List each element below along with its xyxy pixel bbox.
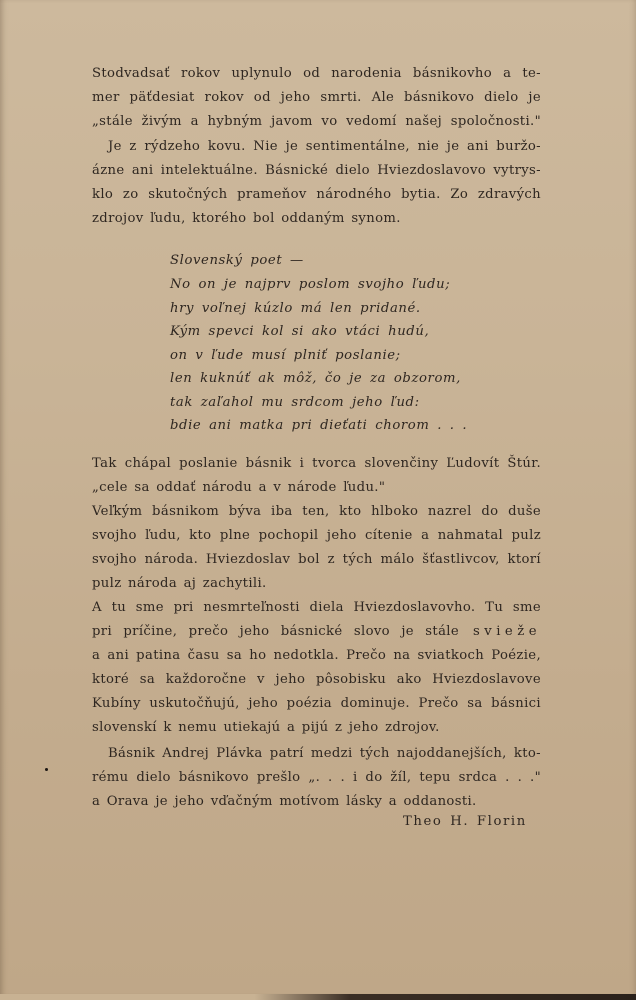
verse-line-5: on v ľude musí plniť poslanie; — [170, 346, 401, 366]
book-page: Stodvadsať rokov uplynulo od narodenia b… — [0, 0, 636, 996]
paragraph-5-line-1: A tu sme pri nesmrteľnosti diela Hviezdo… — [92, 598, 541, 618]
verse-line-4: Kým spevci kol si ako vtáci hudú, — [170, 322, 429, 342]
paragraph-2-line-1: Je z rýdzeho kovu. Nie je sentimentálne,… — [108, 137, 541, 157]
paragraph-1-line-1: Stodvadsať rokov uplynulo od narodenia b… — [92, 64, 541, 84]
paragraph-4-line-2: svojho ľudu, kto plne pochopil jeho cíte… — [92, 526, 541, 546]
paragraph-5-line-2-text: pri príčine, prečo jeho básnické slovo j… — [92, 622, 473, 642]
paragraph-5-line-5: Kubíny uskutočňujú, jeho poézia dominuje… — [92, 694, 541, 714]
paragraph-5-line-2: pri príčine, prečo jeho básnické slovo j… — [92, 622, 541, 642]
paragraph-2-line-4: zdrojov ľudu, ktorého bol oddaným synom. — [92, 209, 401, 229]
paragraph-5-line-4: ktoré sa každoročne v jeho pôsobisku ako… — [92, 670, 541, 690]
verse-line-2: No on je najprv poslom svojho ľudu; — [170, 275, 450, 295]
paragraph-5-line-6: slovenskí k nemu utiekajú a pijú z jeho … — [92, 718, 440, 738]
verse-line-7: tak zaľahol mu srdcom jeho ľud: — [170, 393, 420, 413]
paragraph-4-line-4: pulz národa aj zachytili. — [92, 574, 267, 594]
paragraph-2-line-2: ázne ani intelektuálne. Básnické dielo H… — [92, 161, 541, 181]
verse-line-6: len kuknúť ak môž, čo je za obzorom, — [170, 369, 461, 389]
paragraph-1-line-2: mer päťdesiat rokov od jeho smrti. Ale b… — [92, 88, 541, 108]
paragraph-6-line-2: rému dielo básnikovo prešlo „. . . i do … — [92, 768, 541, 788]
paragraph-1-line-3: „stále živým a hybným javom vo vedomí na… — [92, 112, 541, 132]
paragraph-3-line-1: Tak chápal poslanie básnik i tvorca slov… — [92, 454, 541, 474]
paragraph-4-line-3: svojho národa. Hviezdoslav bol z tých má… — [92, 550, 541, 570]
verse-line-8: bdie ani matka pri dieťati chorom . . . — [170, 416, 467, 436]
paragraph-5-line-3: a ani patina času sa ho nedotkla. Prečo … — [92, 646, 541, 666]
verse-line-3: hry voľnej kúzlo má len pridané. — [170, 299, 421, 319]
paragraph-6-line-3: a Orava je jeho vďačným motívom lásky a … — [92, 792, 477, 812]
paragraph-6-line-1: Básnik Andrej Plávka patrí medzi tých na… — [108, 744, 541, 764]
paragraph-3-line-2: „cele sa oddať národu a v národe ľudu." — [92, 478, 385, 498]
emphasized-word: svieže — [473, 622, 541, 642]
author-signature: Theo H. Florin — [403, 812, 527, 832]
page-edge-shadow — [0, 994, 636, 1000]
ink-speck — [45, 768, 48, 771]
paragraph-2-line-3: klo zo skutočných prameňov národného byt… — [92, 185, 541, 205]
paragraph-4-line-1: Veľkým básnikom býva iba ten, kto hlboko… — [92, 502, 541, 522]
verse-line-1: Slovenský poet — — [170, 251, 304, 271]
